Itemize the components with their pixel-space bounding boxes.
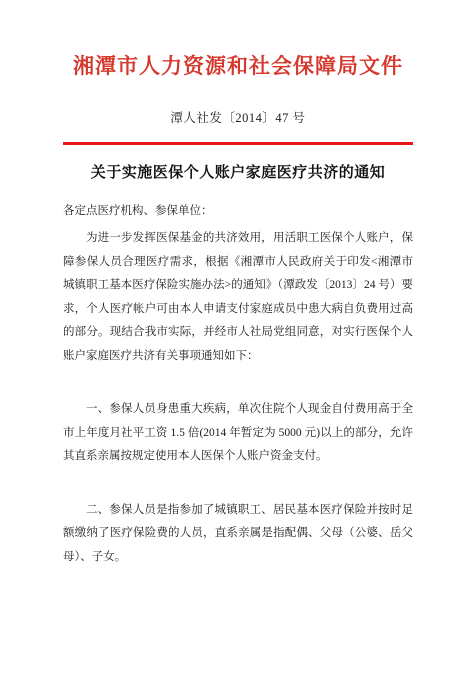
paragraph-intro: 为进一步发挥医保基金的共济效用，用活职工医保个人账户，保障参保人员合理医疗需求，… (63, 227, 413, 368)
document-page: 湘潭市人力资源和社会保障局文件 潭人社发〔2014〕47 号 关于实施医保个人账… (0, 0, 475, 675)
document-title: 关于实施医保个人账户家庭医疗共济的通知 (63, 163, 413, 183)
red-divider-rule (63, 142, 413, 145)
paragraph-item-2: 二、参保人员是指参加了城镇职工、居民基本医疗保险并按时足额缴纳了医疗保险费的人员… (63, 499, 413, 570)
issuer-title: 湘潭市人力资源和社会保障局文件 (63, 52, 413, 81)
salutation: 各定点医疗机构、参保单位： (63, 204, 413, 219)
paragraph-item-1: 一、参保人员身患重大疾病，单次住院个人现金自付费用高于全市上年度月社平工资 1.… (63, 398, 413, 469)
doc-number: 潭人社发〔2014〕47 号 (63, 111, 413, 126)
